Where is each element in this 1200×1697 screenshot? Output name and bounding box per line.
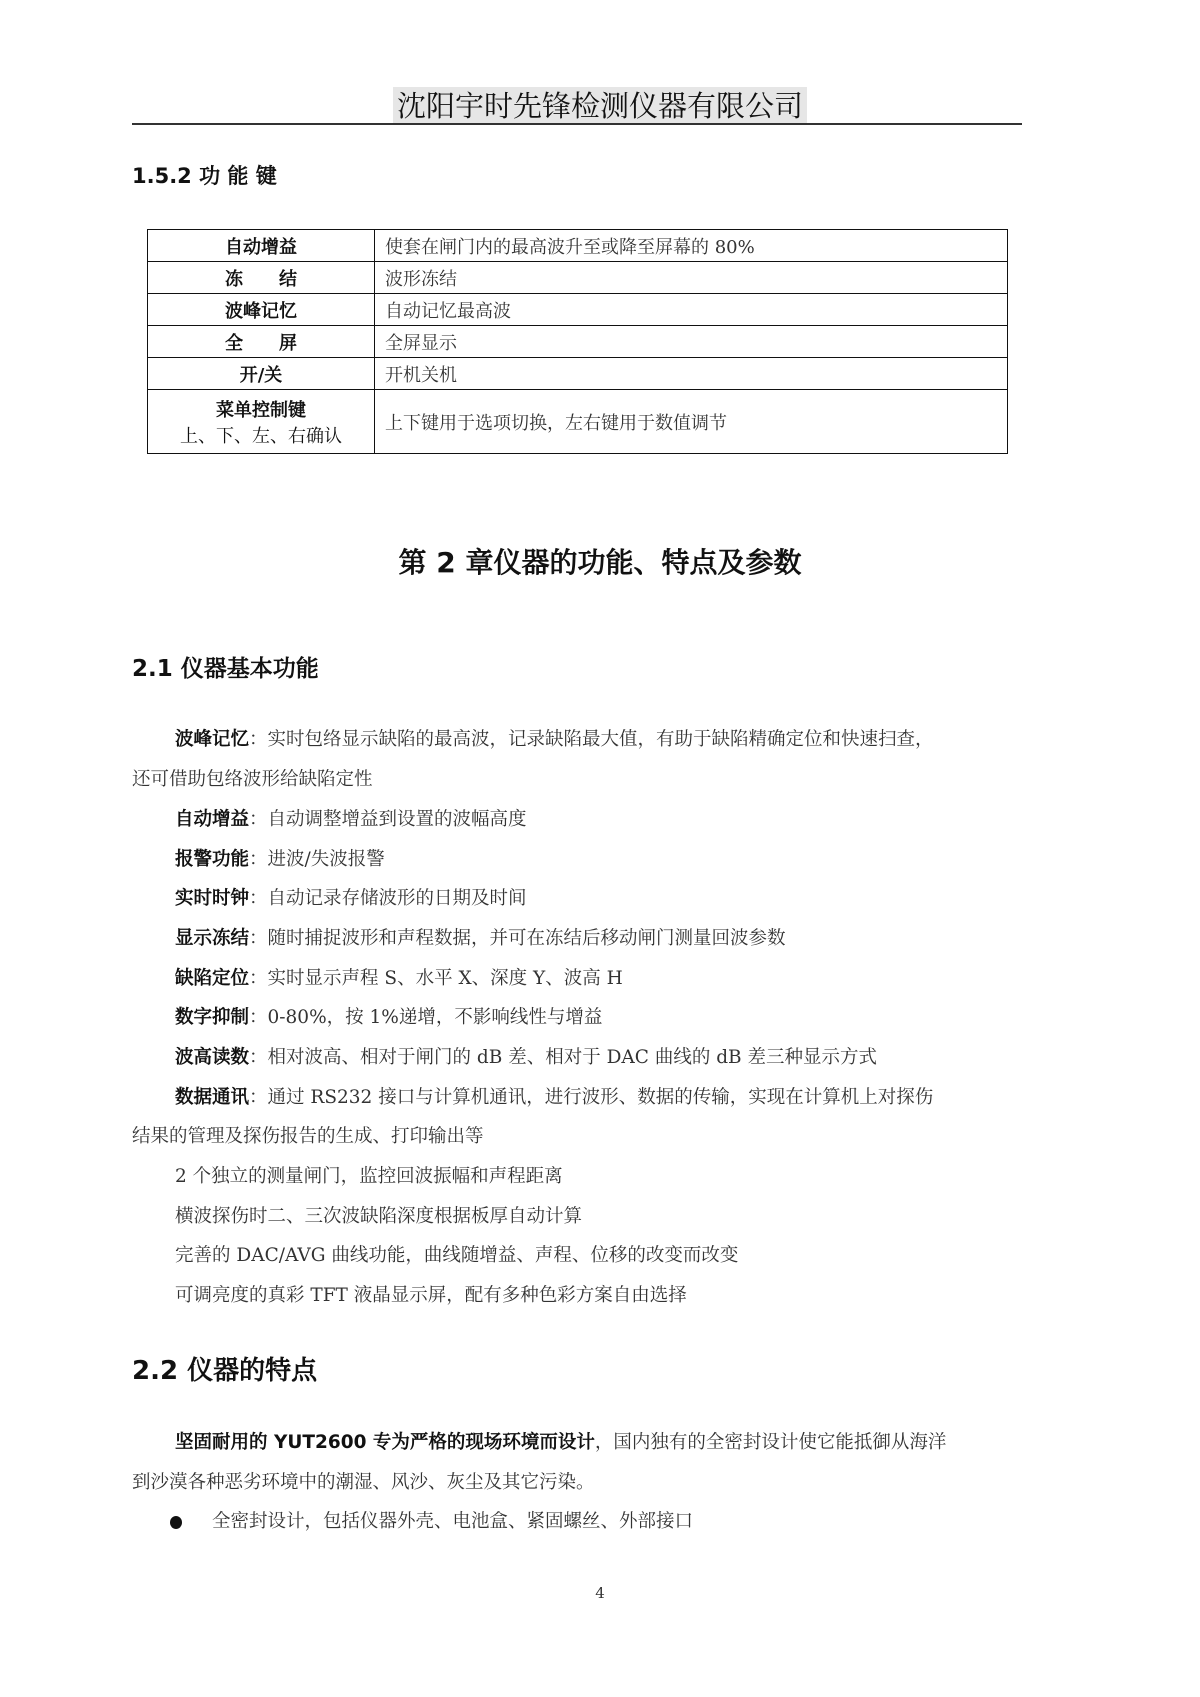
feature-item-cont: 还可借助包络波形给缺陷定性 — [132, 765, 373, 791]
feature-label: 实时时钟 — [175, 888, 249, 909]
feature-item: 自动增益：自动调整增益到设置的波幅高度 — [175, 805, 527, 831]
key-name: 波峰记忆 — [148, 294, 375, 326]
section-title-2-1: 2.1 仪器基本功能 — [132, 650, 319, 683]
features-intro-cont: 到沙漠各种恶劣环境中的潮湿、风沙、灰尘及其它污染。 — [132, 1468, 595, 1494]
feature-text: ：进波/失波报警 — [249, 849, 385, 870]
feature-text: ：相对波高、相对于闸门的 dB 差、相对于 DAC 曲线的 dB 差三种显示方式 — [249, 1047, 877, 1068]
feature-item: 数据通讯：通过 RS232 接口与计算机通讯，进行波形、数据的传输，实现在计算机… — [175, 1083, 933, 1109]
feature-label: 数字抑制 — [175, 1007, 249, 1028]
header-rule — [132, 123, 1022, 125]
key-name-cell: 菜单控制键 上、下、左、右确认 — [148, 390, 375, 454]
feature-item: 波峰记忆：实时包络显示缺陷的最高波，记录缺陷最大值，有助于缺陷精确定位和快速扫查… — [175, 725, 934, 751]
features-intro: 坚固耐用的 YUT2600 专为严格的现场环境而设计，国内独有的全密封设计使它能… — [175, 1428, 946, 1454]
intro-bold: 坚固耐用的 YUT2600 专为严格的现场环境而设计 — [175, 1432, 595, 1453]
key-name: 菜单控制键 — [216, 400, 306, 421]
key-name: 开/关 — [148, 358, 375, 390]
feature-text: ：自动记录存储波形的日期及时间 — [249, 888, 527, 909]
feature-item: 实时时钟：自动记录存储波形的日期及时间 — [175, 884, 527, 910]
feature-text: ：实时包络显示缺陷的最高波，记录缺陷最大值，有助于缺陷精确定位和快速扫查， — [249, 729, 934, 750]
table-row: 波峰记忆 自动记忆最高波 — [148, 294, 1008, 326]
chapter-title: 第 2 章仪器的功能、特点及参数 — [0, 541, 1200, 581]
key-name: 冻 结 — [148, 262, 375, 294]
key-name: 自动增益 — [148, 230, 375, 262]
feature-line: 完善的 DAC/AVG 曲线功能，曲线随增益、声程、位移的改变而改变 — [175, 1241, 738, 1267]
section-title-2-2: 2.2 仪器的特点 — [132, 1350, 317, 1387]
key-description: 开机关机 — [375, 358, 1008, 390]
feature-item: 数字抑制：0-80%，按 1%递增，不影响线性与增益 — [175, 1003, 602, 1029]
table-row: 全 屏 全屏显示 — [148, 326, 1008, 358]
feature-item: 报警功能：进波/失波报警 — [175, 845, 385, 871]
feature-line: 横波探伤时二、三次波缺陷深度根据板厚自动计算 — [175, 1202, 582, 1228]
feature-text: ：自动调整增益到设置的波幅高度 — [249, 809, 527, 830]
feature-label: 数据通讯 — [175, 1087, 249, 1108]
feature-label: 波高读数 — [175, 1047, 249, 1068]
feature-line: 可调亮度的真彩 TFT 液晶显示屏，配有多种色彩方案自由选择 — [175, 1281, 687, 1307]
intro-text: ，国内独有的全密封设计使它能抵御从海洋 — [595, 1432, 947, 1453]
feature-label: 缺陷定位 — [175, 968, 249, 989]
feature-item: 波高读数：相对波高、相对于闸门的 dB 差、相对于 DAC 曲线的 dB 差三种… — [175, 1043, 877, 1069]
key-description: 全屏显示 — [375, 326, 1008, 358]
page-header: 沈阳宇时先锋检测仪器有限公司 — [0, 84, 1200, 125]
key-description: 波形冻结 — [375, 262, 1008, 294]
feature-label: 报警功能 — [175, 849, 249, 870]
feature-line: 2 个独立的测量闸门，监控回波振幅和声程距离 — [175, 1162, 563, 1188]
feature-text: ：通过 RS232 接口与计算机通讯，进行波形、数据的传输，实现在计算机上对探伤 — [249, 1087, 933, 1108]
key-name: 全 屏 — [148, 326, 375, 358]
feature-label: 波峰记忆 — [175, 729, 249, 750]
company-name: 沈阳宇时先锋检测仪器有限公司 — [393, 87, 807, 125]
key-description: 上下键用于选项切换，左右键用于数值调节 — [375, 390, 1008, 454]
feature-text: ：随时捕捉波形和声程数据，并可在冻结后移动闸门测量回波参数 — [249, 928, 786, 949]
table-row: 菜单控制键 上、下、左、右确认 上下键用于选项切换，左右键用于数值调节 — [148, 390, 1008, 454]
feature-text: ：实时显示声程 S、水平 X、深度 Y、波高 H — [249, 968, 623, 989]
feature-item-cont: 结果的管理及探伤报告的生成、打印输出等 — [132, 1122, 484, 1148]
feature-label: 自动增益 — [175, 809, 249, 830]
feature-text: ：0-80%，按 1%递增，不影响线性与增益 — [249, 1007, 602, 1028]
key-name-sub: 上、下、左、右确认 — [148, 422, 374, 448]
feature-item: 缺陷定位：实时显示声程 S、水平 X、深度 Y、波高 H — [175, 964, 623, 990]
feature-item: 显示冻结：随时捕捉波形和声程数据，并可在冻结后移动闸门测量回波参数 — [175, 924, 786, 950]
bullet-item: 全密封设计，包括仪器外壳、电池盒、紧固螺丝、外部接口 — [212, 1507, 693, 1533]
table-row: 冻 结 波形冻结 — [148, 262, 1008, 294]
page-number: 4 — [0, 1584, 1200, 1602]
function-keys-table: 自动增益 使套在闸门内的最高波升至或降至屏幕的 80% 冻 结 波形冻结 波峰记… — [147, 229, 1008, 454]
section-title-1-5-2: 1.5.2 功 能 键 — [132, 160, 277, 190]
key-description: 使套在闸门内的最高波升至或降至屏幕的 80% — [375, 230, 1008, 262]
key-description: 自动记忆最高波 — [375, 294, 1008, 326]
bullet-icon — [170, 1516, 182, 1529]
table-row: 开/关 开机关机 — [148, 358, 1008, 390]
feature-label: 显示冻结 — [175, 928, 249, 949]
table-row: 自动增益 使套在闸门内的最高波升至或降至屏幕的 80% — [148, 230, 1008, 262]
